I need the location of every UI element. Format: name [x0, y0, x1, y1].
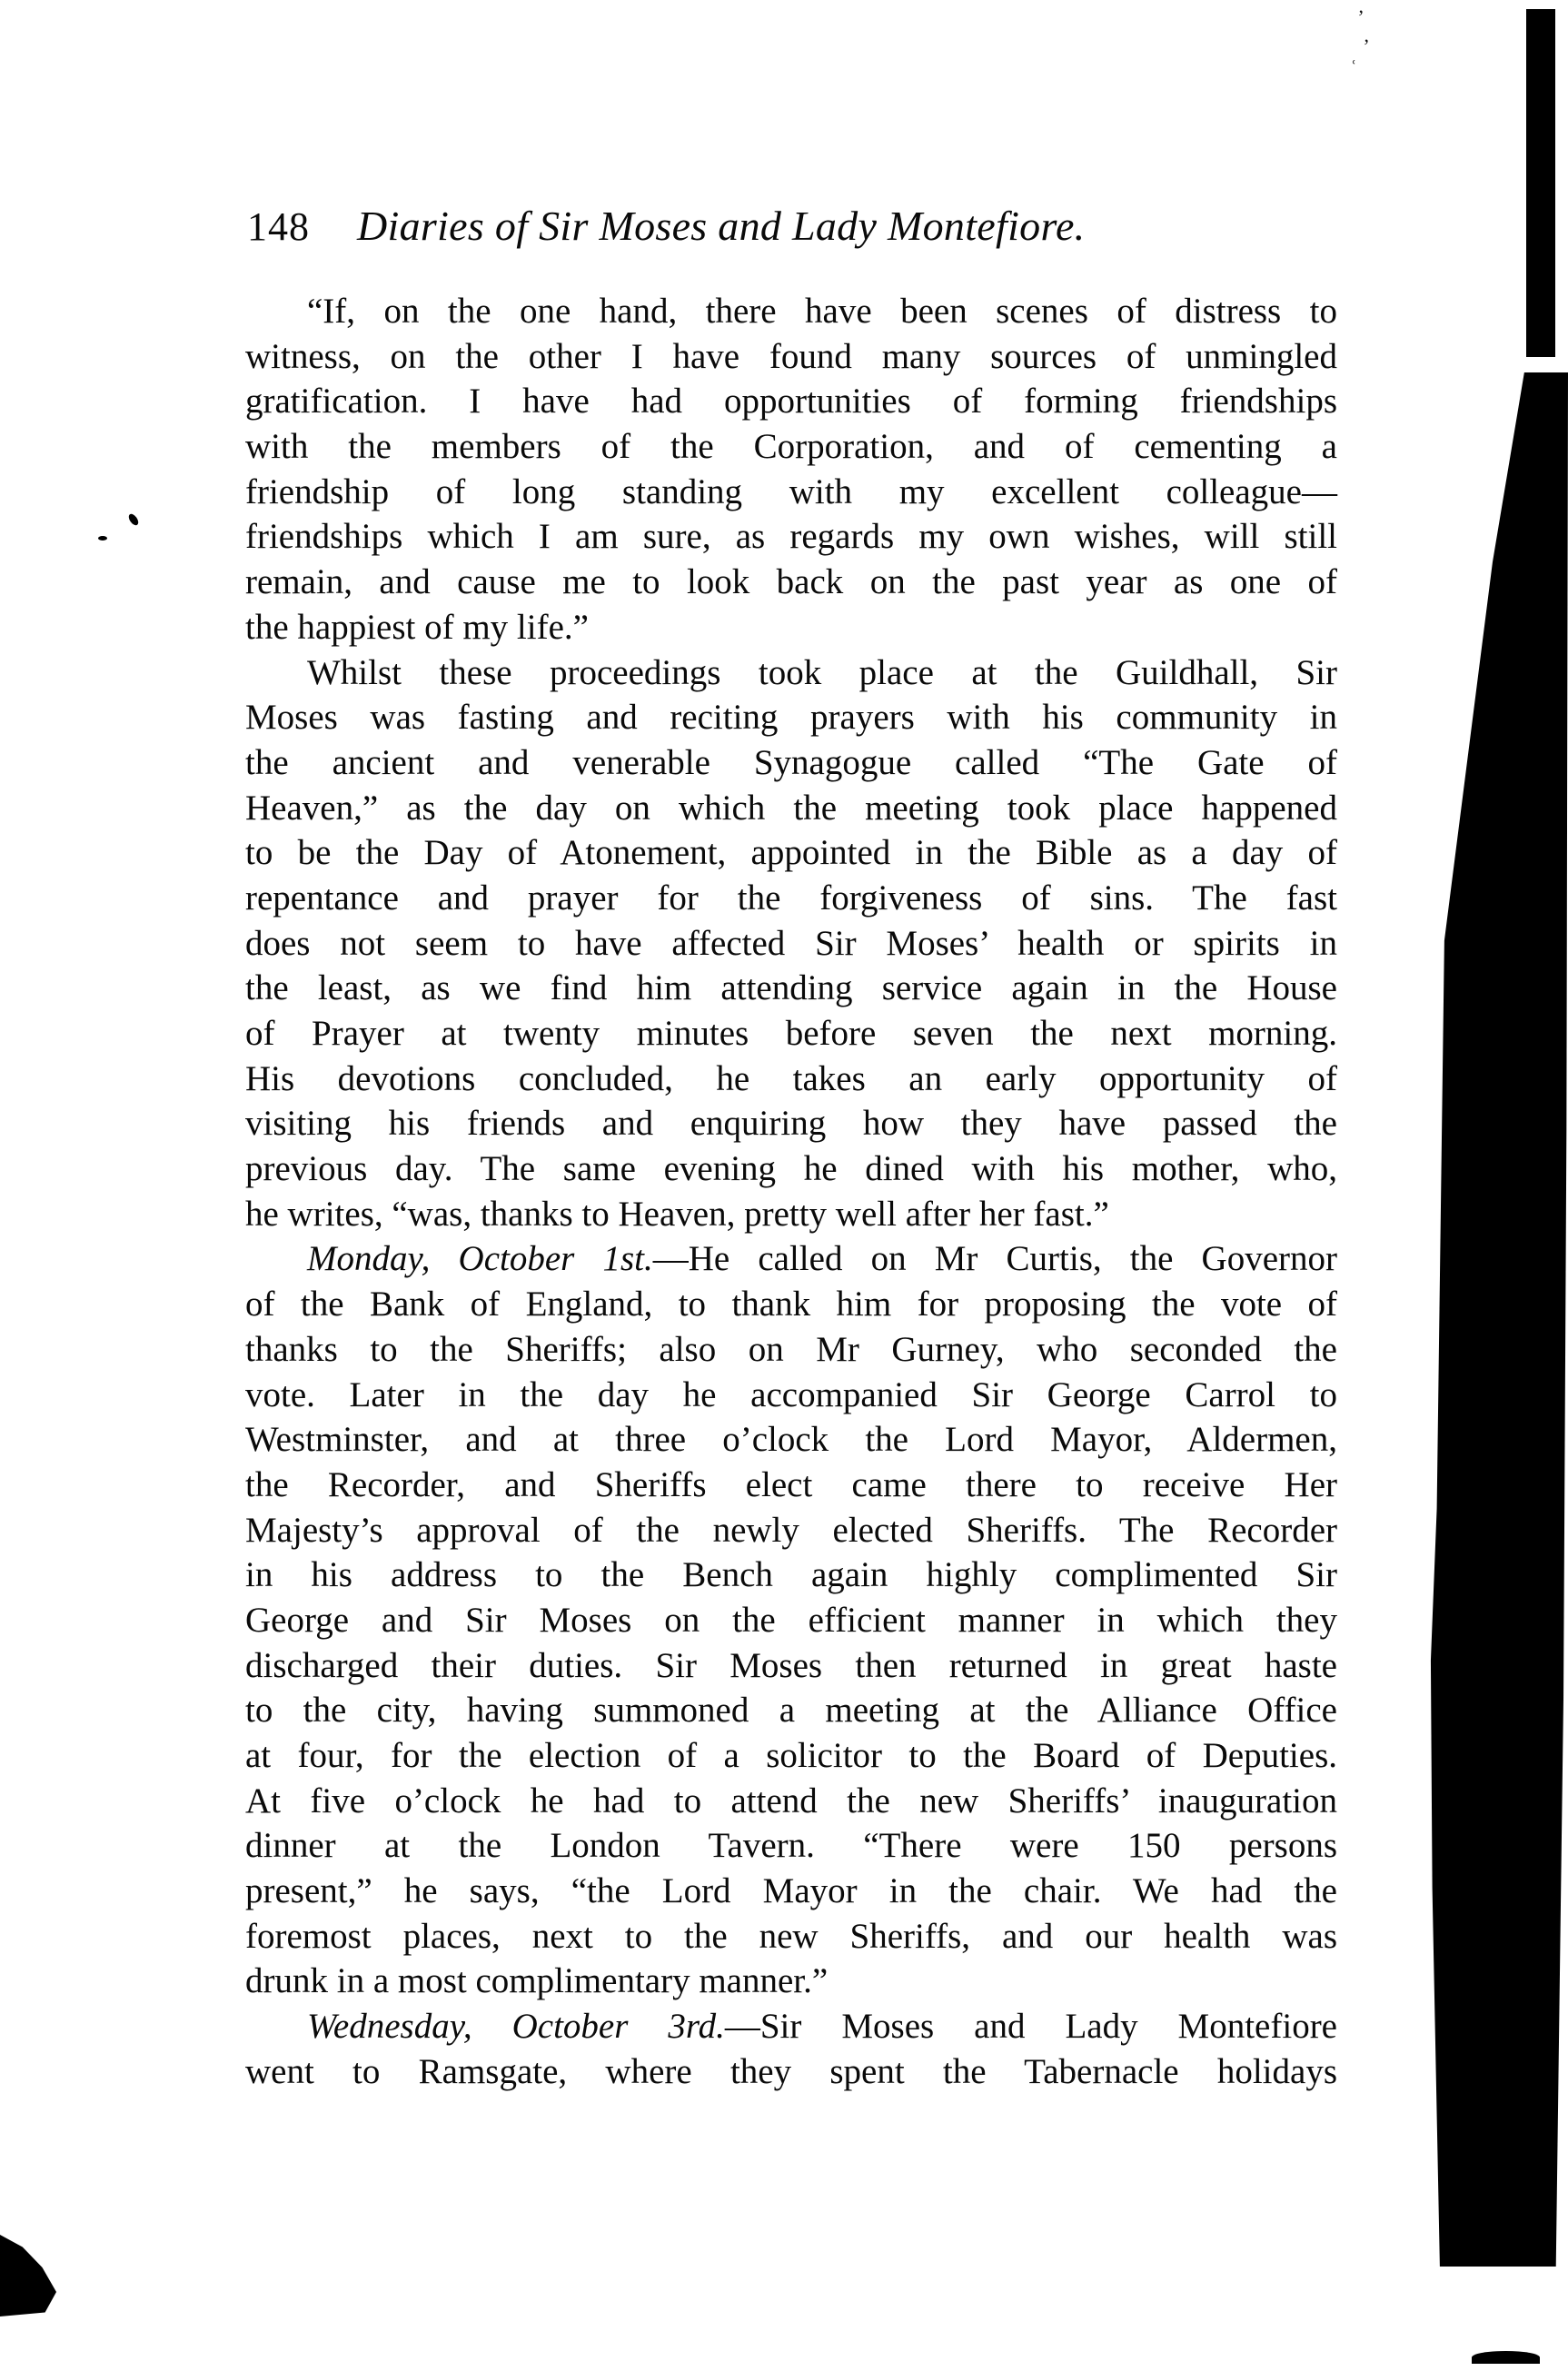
running-title: Diaries of Sir Moses and Lady Montefiore… [357, 202, 1086, 250]
line-text: of Prayer at twenty minutes before seven… [245, 1014, 1337, 1053]
text-line: the ancient and venerable Synagogue call… [245, 740, 1337, 786]
text-line: he writes, “was, thanks to Heaven, prett… [245, 1192, 1337, 1237]
line-text: does not seem to have affected Sir Moses… [245, 924, 1337, 963]
text-line: the happiest of my life.” [245, 605, 1337, 650]
line-text: visiting his friends and enquiring how t… [245, 1104, 1337, 1143]
text-line: of Prayer at twenty minutes before seven… [245, 1011, 1337, 1057]
line-text: went to Ramsgate, where they spent the T… [245, 2052, 1337, 2091]
line-text: previous day. The same evening he dined … [245, 1149, 1337, 1188]
line-text: dinner at the London Tavern. “There were… [245, 1826, 1337, 1865]
line-text: discharged their duties. Sir Moses then … [245, 1646, 1337, 1685]
running-header: 148 Diaries of Sir Moses and Lady Montef… [247, 202, 1246, 256]
text-line: drunk in a most complimentary manner.” [245, 1959, 1337, 2004]
text-line: Westminster, and at three o’clock the Lo… [245, 1417, 1337, 1463]
text-line: Wednesday, October 3rd.—Sir Moses and La… [245, 2004, 1337, 2049]
line-text: repentance and prayer for the forgivenes… [245, 878, 1337, 918]
line-text: Heaven,” as the day on which the meeting… [245, 789, 1337, 828]
line-text: witness, on the other I have found many … [245, 337, 1337, 376]
text-line: with the members of the Corporation, and… [245, 424, 1337, 470]
line-text: —Sir Moses and Lady Montefiore [725, 2007, 1337, 2046]
scan-corner-mark: ʿ [1345, 58, 1363, 78]
text-line: the Recorder, and Sheriffs elect came th… [245, 1463, 1337, 1508]
text-line: friendship of long standing with my exce… [245, 470, 1337, 515]
line-text: the Recorder, and Sheriffs elect came th… [245, 1465, 1337, 1504]
line-text: the least, as we find him attending serv… [245, 968, 1337, 1007]
text-line: Monday, October 1st.—He called on Mr Cur… [245, 1236, 1337, 1282]
line-text: gratification. I have had opportunities … [245, 382, 1337, 421]
text-line: At five o’clock he had to attend the new… [245, 1779, 1337, 1824]
text-line: gratification. I have had opportunities … [245, 379, 1337, 424]
line-text: he writes, “was, thanks to Heaven, prett… [245, 1195, 1109, 1234]
text-line: “If, on the one hand, there have been sc… [245, 289, 1337, 334]
text-line: Moses was fasting and reciting prayers w… [245, 695, 1337, 740]
text-line: His devotions concluded, he takes an ear… [245, 1057, 1337, 1102]
scan-edge-shadow-top [1526, 9, 1555, 357]
text-line: thanks to the Sheriffs; also on Mr Gurne… [245, 1327, 1337, 1373]
text-line: repentance and prayer for the forgivenes… [245, 876, 1337, 921]
line-text: of the Bank of England, to thank him for… [245, 1285, 1337, 1324]
text-line: at four, for the election of a solicitor… [245, 1733, 1337, 1779]
text-line: Majesty’s approval of the newly elected … [245, 1508, 1337, 1553]
line-text: Whilst these proceedings took place at t… [307, 653, 1337, 692]
line-text: with the members of the Corporation, and… [245, 427, 1337, 466]
text-line: does not seem to have affected Sir Moses… [245, 921, 1337, 967]
line-text: friendships which I am sure, as regards … [245, 517, 1337, 556]
line-text: foremost places, next to the new Sheriff… [245, 1917, 1337, 1956]
text-line: foremost places, next to the new Sheriff… [245, 1914, 1337, 1959]
text-line: discharged their duties. Sir Moses then … [245, 1643, 1337, 1689]
book-page: ’ ’ ʿ 148 Diaries of Sir Moses and Lady … [0, 0, 1568, 2371]
scan-corner-mark: ’ [1357, 36, 1375, 56]
line-text: Moses was fasting and reciting prayers w… [245, 698, 1337, 737]
scan-corner-mark: ’ [1352, 7, 1370, 27]
text-line: the least, as we find him attending serv… [245, 966, 1337, 1011]
scan-corner-blot [0, 2235, 56, 2316]
text-line: vote. Later in the day he accompanied Si… [245, 1373, 1337, 1418]
diary-date-heading: Wednesday, October 3rd. [307, 2007, 725, 2046]
line-text: friendship of long standing with my exce… [245, 472, 1337, 511]
text-line: visiting his friends and enquiring how t… [245, 1101, 1337, 1146]
text-line: Whilst these proceedings took place at t… [245, 650, 1337, 696]
line-text: to be the Day of Atonement, appointed in… [245, 833, 1337, 872]
line-text: the ancient and venerable Synagogue call… [245, 743, 1337, 782]
line-text: “If, on the one hand, there have been sc… [307, 292, 1337, 331]
line-text: present,” he says, “the Lord Mayor in th… [245, 1871, 1337, 1910]
line-text: Westminster, and at three o’clock the Lo… [245, 1420, 1337, 1459]
scan-edge-foot [1472, 2351, 1540, 2364]
text-line: George and Sir Moses on the efficient ma… [245, 1598, 1337, 1643]
line-text: Majesty’s approval of the newly elected … [245, 1511, 1337, 1550]
line-text: the happiest of my life.” [245, 608, 589, 647]
line-text: George and Sir Moses on the efficient ma… [245, 1601, 1337, 1640]
line-text: At five o’clock he had to attend the new… [245, 1781, 1337, 1820]
line-text: remain, and cause me to look back on the… [245, 562, 1337, 601]
line-text: to the city, having summoned a meeting a… [245, 1691, 1337, 1730]
line-text: drunk in a most complimentary manner.” [245, 1961, 828, 2000]
line-text: vote. Later in the day he accompanied Si… [245, 1375, 1337, 1414]
page-number: 148 [247, 203, 310, 250]
text-line: present,” he says, “the Lord Mayor in th… [245, 1869, 1337, 1914]
text-line: to be the Day of Atonement, appointed in… [245, 830, 1337, 876]
line-text: thanks to the Sheriffs; also on Mr Gurne… [245, 1330, 1337, 1369]
text-line: friendships which I am sure, as regards … [245, 514, 1337, 560]
text-line: dinner at the London Tavern. “There were… [245, 1823, 1337, 1869]
text-line: to the city, having summoned a meeting a… [245, 1688, 1337, 1733]
line-text: at four, for the election of a solicitor… [245, 1736, 1337, 1775]
line-text: His devotions concluded, he takes an ear… [245, 1059, 1337, 1098]
text-line: Heaven,” as the day on which the meeting… [245, 786, 1337, 831]
line-text: in his address to the Bench again highly… [245, 1555, 1337, 1594]
line-text: —He called on Mr Curtis, the Governor [653, 1239, 1337, 1278]
body-text: “If, on the one hand, there have been sc… [245, 289, 1337, 2095]
text-line: went to Ramsgate, where they spent the T… [245, 2049, 1337, 2095]
text-line: in his address to the Bench again highly… [245, 1553, 1337, 1598]
diary-date-heading: Monday, October 1st. [307, 1239, 653, 1278]
text-line: remain, and cause me to look back on the… [245, 560, 1337, 605]
text-line: of the Bank of England, to thank him for… [245, 1282, 1337, 1327]
text-line: witness, on the other I have found many … [245, 334, 1337, 380]
scan-speck [127, 512, 141, 527]
scan-edge-shadow [1417, 372, 1568, 2267]
scan-speck [98, 536, 107, 541]
text-line: previous day. The same evening he dined … [245, 1146, 1337, 1192]
